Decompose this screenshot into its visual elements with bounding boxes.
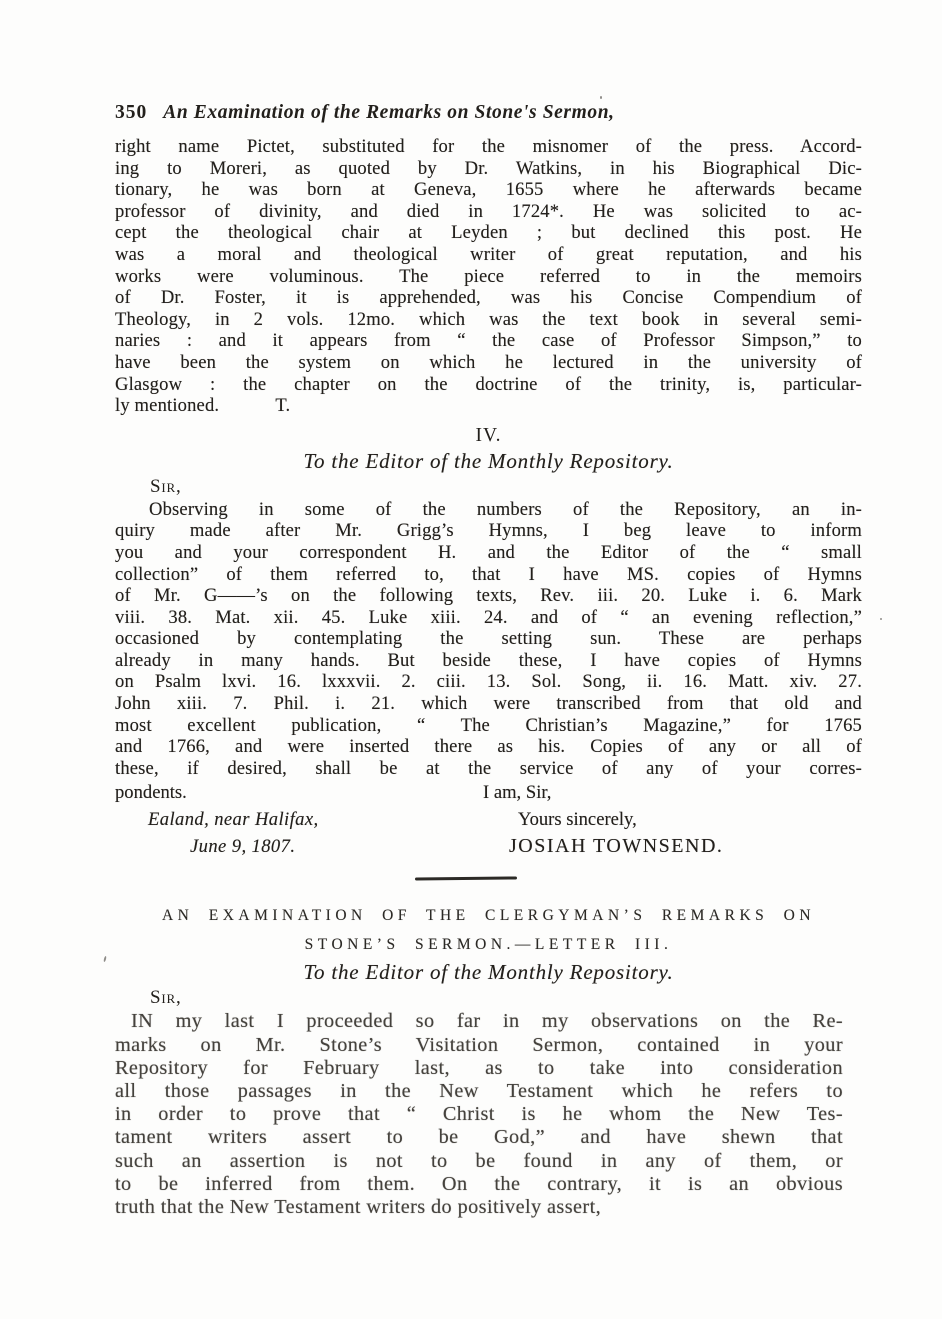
section-number: IV. <box>115 424 862 448</box>
salutation-letter2: Sir, <box>150 986 862 1010</box>
closing-i-am: I am, Sir, <box>483 779 551 806</box>
salutation-letter1: Sir, <box>150 475 862 499</box>
letter-heading: To the Editor of the Monthly Repository. <box>115 448 862 475</box>
closing-date: June 9, 1807. <box>190 836 295 857</box>
running-header: 350 An Examination of the Remarks on Sto… <box>115 100 862 126</box>
text-line: of Dr. Foster, it is apprehended, was hi… <box>115 287 862 309</box>
text-line: occasioned by contemplating the setting … <box>115 628 862 650</box>
text-line: Theology, in 2 vols. 12mo. which was the… <box>115 309 862 331</box>
scanned-document-page: 350 An Examination of the Remarks on Sto… <box>0 0 942 1319</box>
section-divider-rule <box>415 877 517 881</box>
running-title: An Examination of the Remarks on Stone's… <box>163 100 614 126</box>
closing-place: Ealand, near Halifax, <box>148 809 319 830</box>
text-line: tament writers assert to be God,” and ha… <box>115 1126 843 1149</box>
paragraph-continuation: pondents. <box>115 782 187 803</box>
text-line: on Psalm lxvi. 16. lxxxvii. 2. ciii. 13.… <box>115 671 862 693</box>
text-line: such an assertion is not to be found in … <box>115 1150 843 1173</box>
closing-row-3: June 9, 1807. JOSIAH TOWNSEND. <box>115 833 862 860</box>
letter2-heading: To the Editor of the Monthly Repository. <box>115 959 862 986</box>
text-line: ing to Moreri, as quoted by Dr. Watkins,… <box>115 158 862 180</box>
text-line: have been the system on which he lecture… <box>115 352 862 374</box>
scan-speck <box>600 96 602 99</box>
text-line: Glasgow : the chapter on the doctrine of… <box>115 374 862 396</box>
text-line: John xiii. 7. Phil. i. 21. which were tr… <box>115 693 862 715</box>
text-line: most excellent publication, “ The Christ… <box>115 715 862 737</box>
text-line: naries : and it appears from “ the case … <box>115 330 862 352</box>
text-line: truth that the New Testament writers do … <box>115 1196 843 1219</box>
text-line: professor of divinity, and died in 1724*… <box>115 201 862 223</box>
closing-row-2: Ealand, near Halifax, Yours sincerely, <box>115 806 862 833</box>
text-line: ly mentioned. T. <box>115 395 862 417</box>
text-line: in order to prove that “ Christ is he wh… <box>115 1103 843 1126</box>
letter1-paragraph: Observing in some of the numbers of the … <box>115 499 862 780</box>
text-line: all those passages in the New Testament … <box>115 1080 843 1103</box>
text-line: collection” of them referred to, that I … <box>115 564 862 586</box>
scan-speck <box>880 618 882 620</box>
text-line: Observing in some of the numbers of the … <box>115 499 862 521</box>
text-line: to be inferred from them. On the contrar… <box>115 1173 843 1196</box>
text-line: Repository for February last, as to take… <box>115 1057 843 1080</box>
closing-yours: Yours sincerely, <box>518 806 637 833</box>
text-line: right name Pictet, substituted for the m… <box>115 136 862 158</box>
text-line: viii. 38. Mat. xii. 45. Luke xiii. 24. a… <box>115 607 862 629</box>
text-line: tionary, he was born at Geneva, 1655 whe… <box>115 179 862 201</box>
closing-row-1: pondents. I am, Sir, <box>115 779 862 806</box>
text-line: was a moral and theological writer of gr… <box>115 244 862 266</box>
text-line: you and your correspondent H. and the Ed… <box>115 542 862 564</box>
text-line: quiry made after Mr. Grigg’s Hymns, I be… <box>115 520 862 542</box>
article-continuation-paragraph: right name Pictet, substituted for the m… <box>115 136 862 417</box>
text-line: cept the theological chair at Leyden ; b… <box>115 222 862 244</box>
text-line: already in many hands. But beside these,… <box>115 650 862 672</box>
text-line: these, if desired, shall be at the servi… <box>115 758 862 780</box>
closing-signature: JOSIAH TOWNSEND. <box>509 833 723 860</box>
text-line: works were voluminous. The piece referre… <box>115 266 862 288</box>
text-line: IN my last I proceeded so far in my obse… <box>115 1010 843 1033</box>
text-line: marks on Mr. Stone’s Visitation Sermon, … <box>115 1034 843 1057</box>
page-number: 350 <box>115 100 147 126</box>
article2-heading-line1: AN EXAMINATION OF THE CLERGYMAN’S REMARK… <box>115 901 862 930</box>
text-line: of Mr. G——’s on the following texts, Rev… <box>115 585 862 607</box>
scan-speck <box>103 956 106 962</box>
article2-heading-line2: STONE’S SERMON.—LETTER III. <box>115 930 862 959</box>
letter2-paragraph: IN my last I proceeded so far in my obse… <box>115 1010 843 1219</box>
text-line: and 1766, and were inserted there as his… <box>115 736 862 758</box>
